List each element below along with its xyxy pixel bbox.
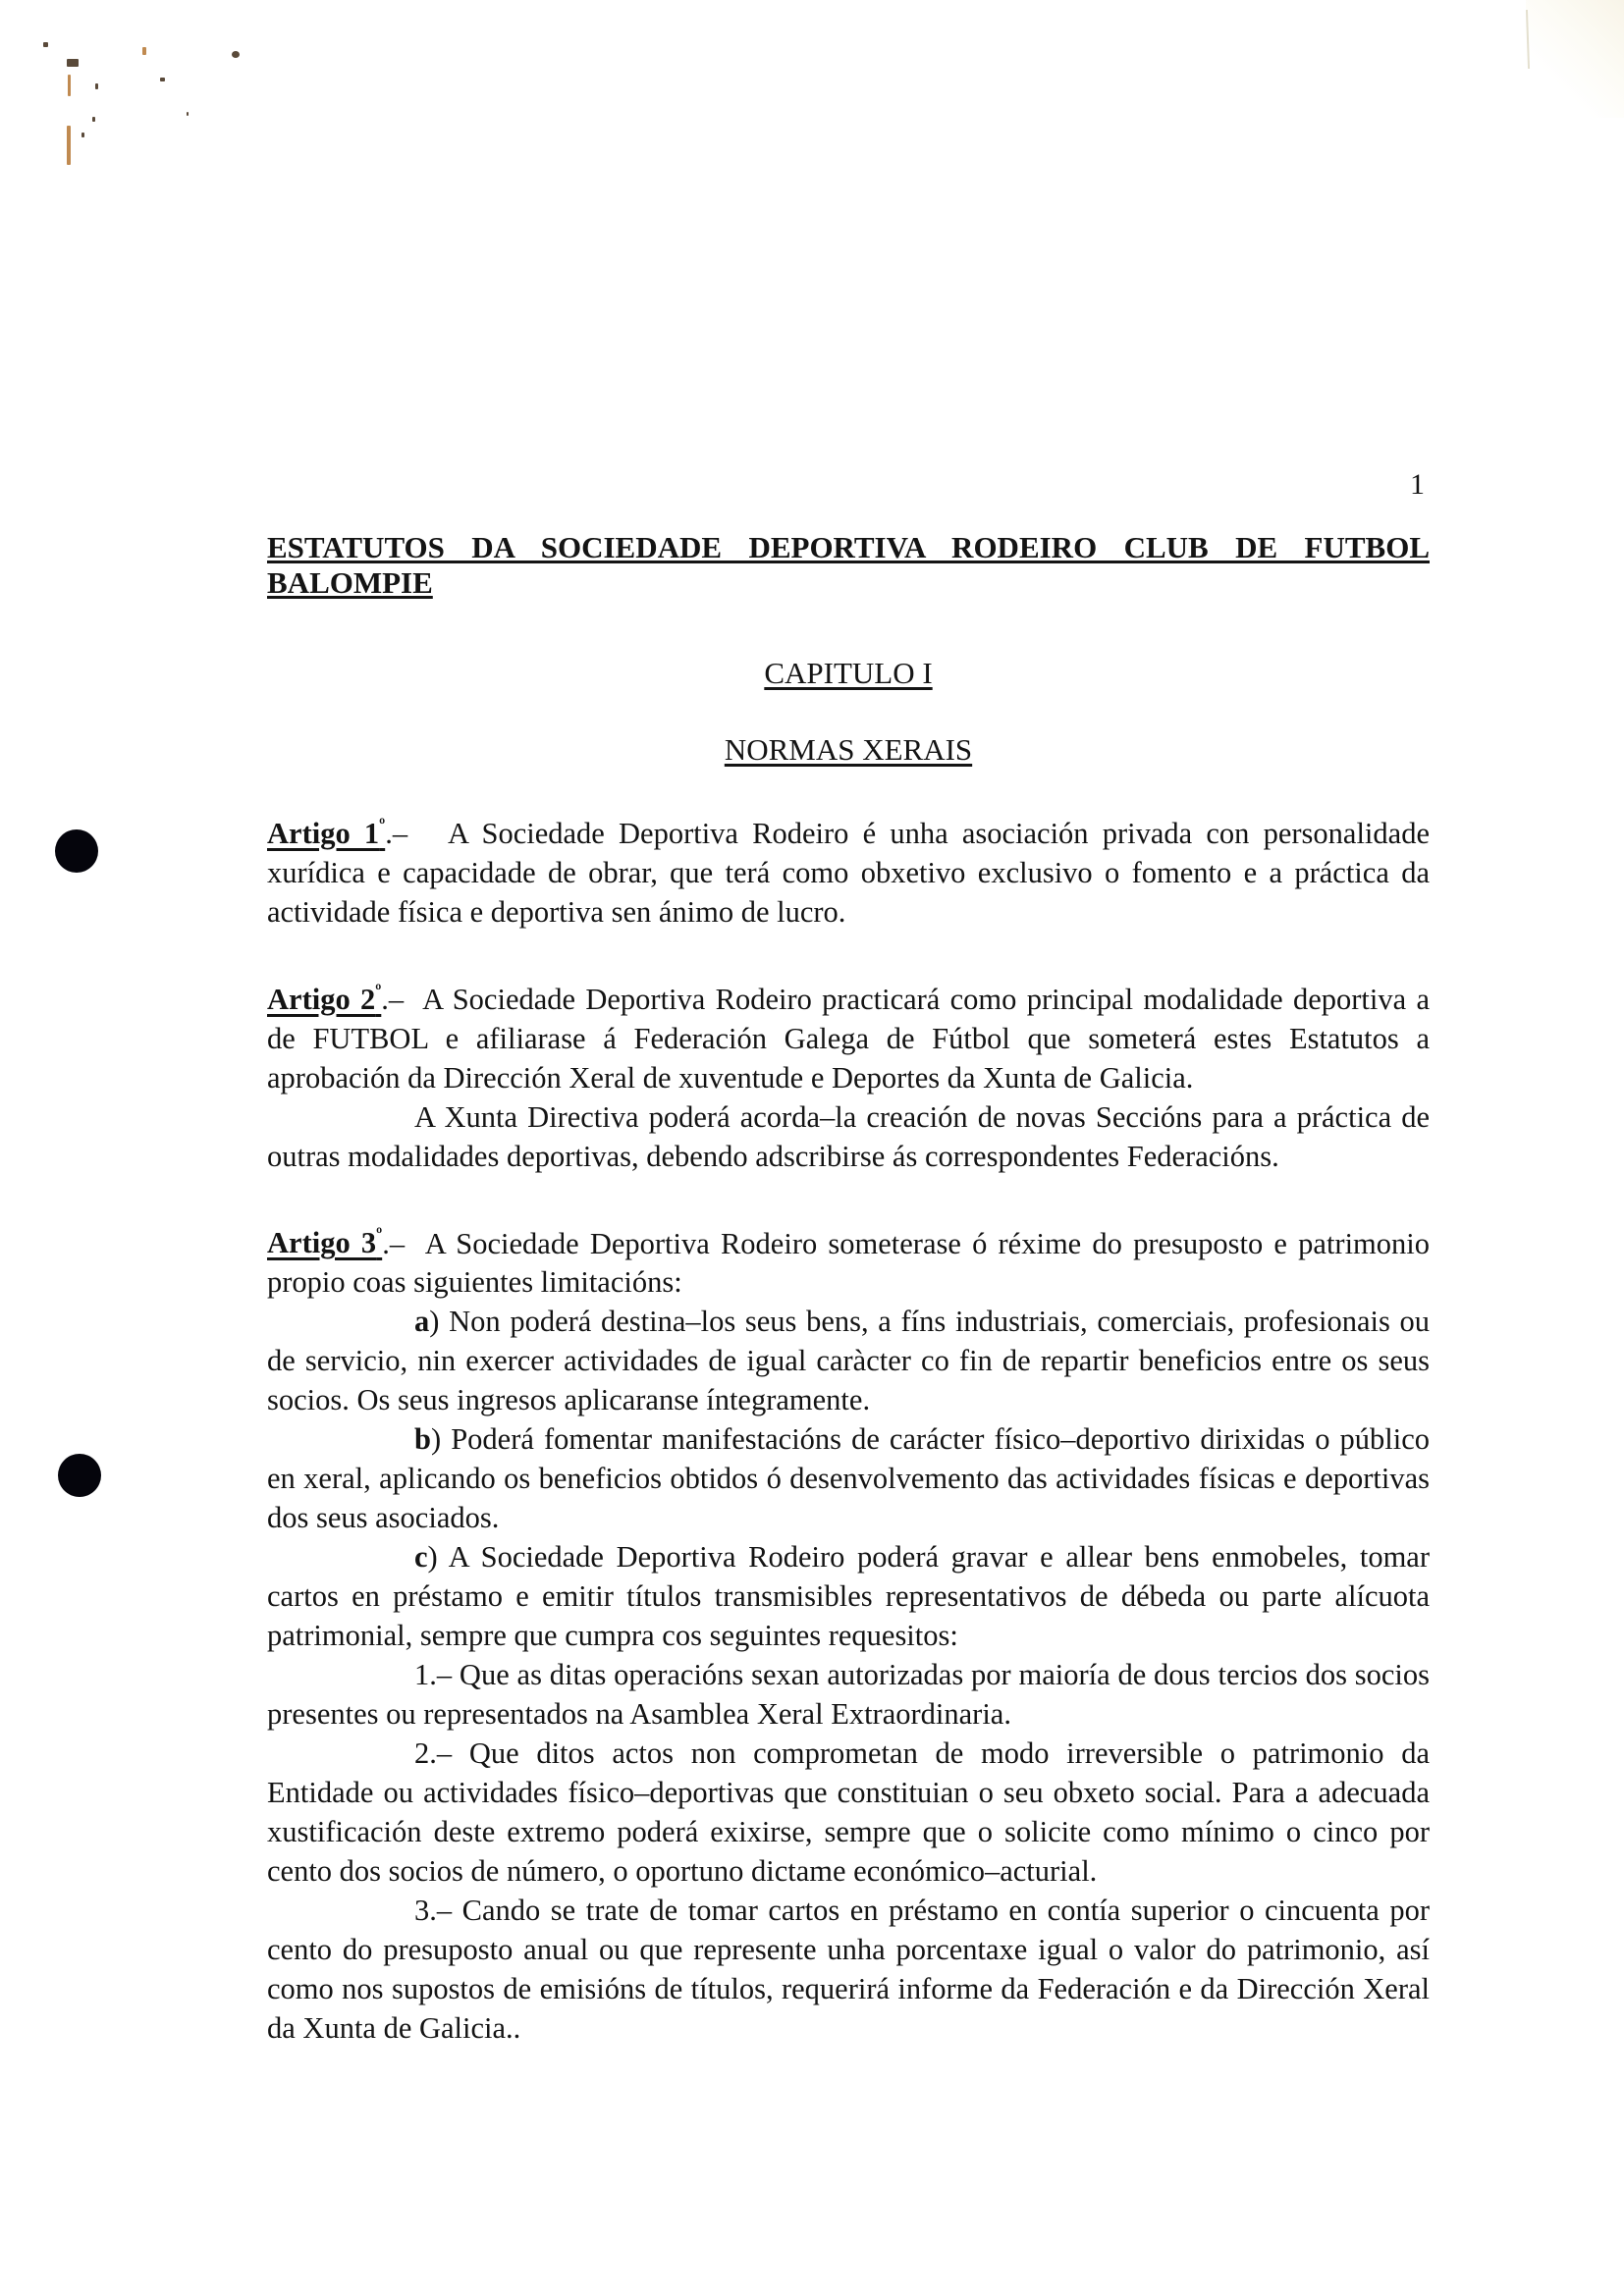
scan-speck (160, 78, 165, 81)
article-3: Artigo 3º.– A Sociedade Deportiva Rodeir… (267, 1215, 1430, 1303)
scan-speck (232, 51, 240, 58)
chapter-heading: CAPITULO I (267, 656, 1430, 691)
article-2-paragraph: A Xunta Directiva poderá acorda–la creac… (267, 1097, 1430, 1176)
article-separator: .– (385, 817, 407, 850)
item-text: A Sociedade Deportiva Rodeiro poderá gra… (267, 1540, 1430, 1652)
scan-speck (43, 42, 48, 47)
page-number: 1 (1410, 467, 1425, 503)
item-letter: c (414, 1540, 428, 1574)
article-2: Artigo 2º.– A Sociedade Deportiva Rodeir… (267, 971, 1430, 1097)
scan-speck (67, 126, 71, 165)
article-2-label: Artigo 2º (267, 983, 381, 1016)
scan-speck (187, 112, 189, 116)
item-letter: b (414, 1422, 431, 1456)
article-1-text: A Sociedade Deportiva Rodeiro é unha aso… (267, 817, 1430, 929)
item-text: Non poderá destina–los seus bens, a fíns… (267, 1305, 1430, 1416)
article-separator: .– (381, 983, 404, 1016)
requirement-1: 1.– Que as ditas operacións sexan autori… (267, 1655, 1430, 1734)
requirement-2: 2.– Que ditos actos non comprometan de m… (267, 1734, 1430, 1891)
article-3-item-b: b) Poderá fomentar manifestacións de car… (267, 1419, 1430, 1537)
punch-hole (55, 829, 98, 873)
article-3-text: A Sociedade Deportiva Rodeiro someterase… (267, 1226, 1430, 1299)
scan-speck (68, 75, 71, 96)
item-text: Poderá fomentar manifestacións de caráct… (267, 1422, 1430, 1534)
scan-speck (95, 83, 98, 89)
article-3-item-a: a) Non poderá destina–los seus bens, a f… (267, 1302, 1430, 1419)
article-separator: .– (382, 1226, 405, 1259)
scan-speck (81, 133, 84, 137)
article-1-label: Artigo 1º (267, 817, 385, 850)
scan-speck (67, 59, 79, 67)
punch-hole (58, 1454, 101, 1497)
document-body: ESTATUTOS DA SOCIEDADE DEPORTIVA RODEIRO… (267, 530, 1430, 2048)
article-3-item-c: c) A Sociedade Deportiva Rodeiro poderá … (267, 1537, 1430, 1655)
document-title-line-1: ESTATUTOS DA SOCIEDADE DEPORTIVA RODEIRO… (267, 530, 1430, 565)
requirement-3: 3.– Cando se trate de tomar cartos en pr… (267, 1891, 1430, 2048)
chapter-subtitle: NORMAS XERAIS (267, 732, 1430, 768)
scan-speck (92, 117, 95, 122)
scan-speck (142, 47, 146, 55)
document-title-line-2: BALOMPIE (267, 565, 1430, 601)
item-letter: a (414, 1305, 429, 1338)
article-2-text: A Sociedade Deportiva Rodeiro practicará… (267, 983, 1430, 1095)
folded-corner (1526, 0, 1624, 118)
document-title: ESTATUTOS DA SOCIEDADE DEPORTIVA RODEIRO… (267, 530, 1430, 601)
article-3-label: Artigo 3º (267, 1226, 382, 1259)
article-1: Artigo 1º.– A Sociedade Deportiva Rodeir… (267, 805, 1430, 932)
